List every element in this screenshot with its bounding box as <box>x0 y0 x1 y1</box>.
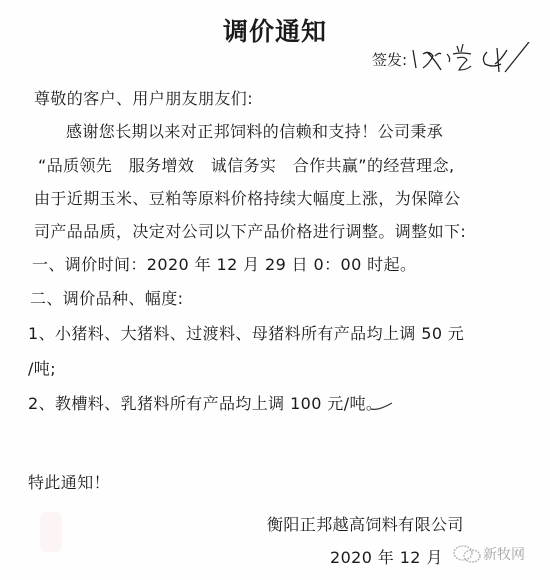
greeting: 尊敬的客户、用户朋友朋友们: <box>34 86 253 109</box>
items-heading: 二、调价品种、幅度: <box>30 286 183 309</box>
watermark: 新牧网 <box>452 544 525 564</box>
handwritten-signature-icon <box>409 42 534 76</box>
body-line: “品质领先 服务增效 诚信务实 合作共赢”的经营理念, <box>38 153 454 176</box>
issue-date: 2020 年 12 月 <box>330 545 443 568</box>
notice-document: 调价通知 签发: 尊敬的客户、用户朋友朋友们: 感谢您长期以来对正邦饲料的信赖和… <box>0 0 550 580</box>
company-name: 衡阳正邦越高饲料有限公司 <box>267 512 464 535</box>
body-line: 感谢您长期以来对正邦饲料的信赖和支持！公司秉承 <box>66 119 443 142</box>
body-line: 司产品品质，决定对公司以下产品价格进行调整。调整如下: <box>34 219 466 242</box>
closing-text: 特此通知！ <box>28 470 110 493</box>
signoff: 签发: <box>372 44 534 74</box>
body-line: 由于近期玉米、豆粕等原料价格持续大幅度上涨，为保障公 <box>34 186 460 209</box>
watermark-text: 新牧网 <box>483 544 525 564</box>
item-1-line-2: /吨; <box>28 356 56 379</box>
wechat-icon <box>452 544 482 564</box>
stain-mark <box>40 512 62 552</box>
item-1-line-1: 1、小猪料、大猪料、过渡料、母猪料所有产品均上调 50 元 <box>28 321 464 344</box>
signoff-label: 签发: <box>372 49 407 70</box>
handwritten-tick-icon <box>370 401 394 413</box>
item-2: 2、教槽料、乳猪料所有产品均上调 100 元/吨。 <box>28 391 382 414</box>
adjustment-time: 一、调价时间：2020 年 12 月 29 日 0：00 时起。 <box>32 252 416 275</box>
